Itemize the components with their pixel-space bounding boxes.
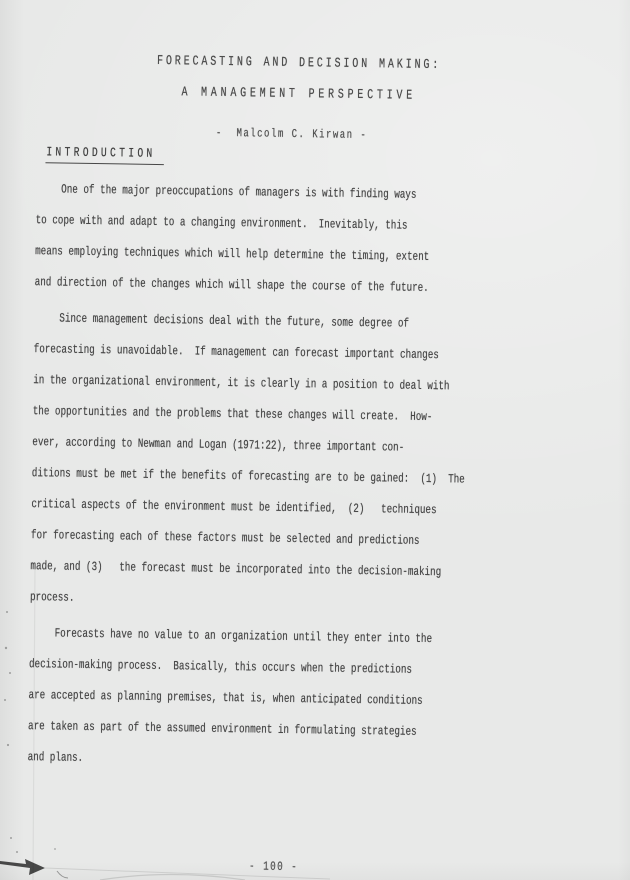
- paragraph: Since management decisions deal with the…: [30, 303, 630, 622]
- paragraph: Forecasts have no value to an organizati…: [27, 618, 629, 782]
- document-subtitle: A MANAGEMENT PERSPECTIVE: [181, 85, 416, 103]
- paragraph: One of the major preoccupations of manag…: [34, 174, 630, 307]
- document-page: FORECASTING AND DECISION MAKING: A MANAG…: [0, 0, 630, 880]
- section-heading-introduction: INTRODUCTION: [45, 144, 163, 165]
- page-content: FORECASTING AND DECISION MAKING: A MANAG…: [0, 0, 630, 880]
- body-text: One of the major preoccupations of manag…: [27, 174, 630, 782]
- page-number: - 100 -: [249, 859, 298, 874]
- document-title: FORECASTING AND DECISION MAKING:: [157, 54, 441, 73]
- author-byline: - Malcolm C. Kirwan -: [216, 126, 368, 142]
